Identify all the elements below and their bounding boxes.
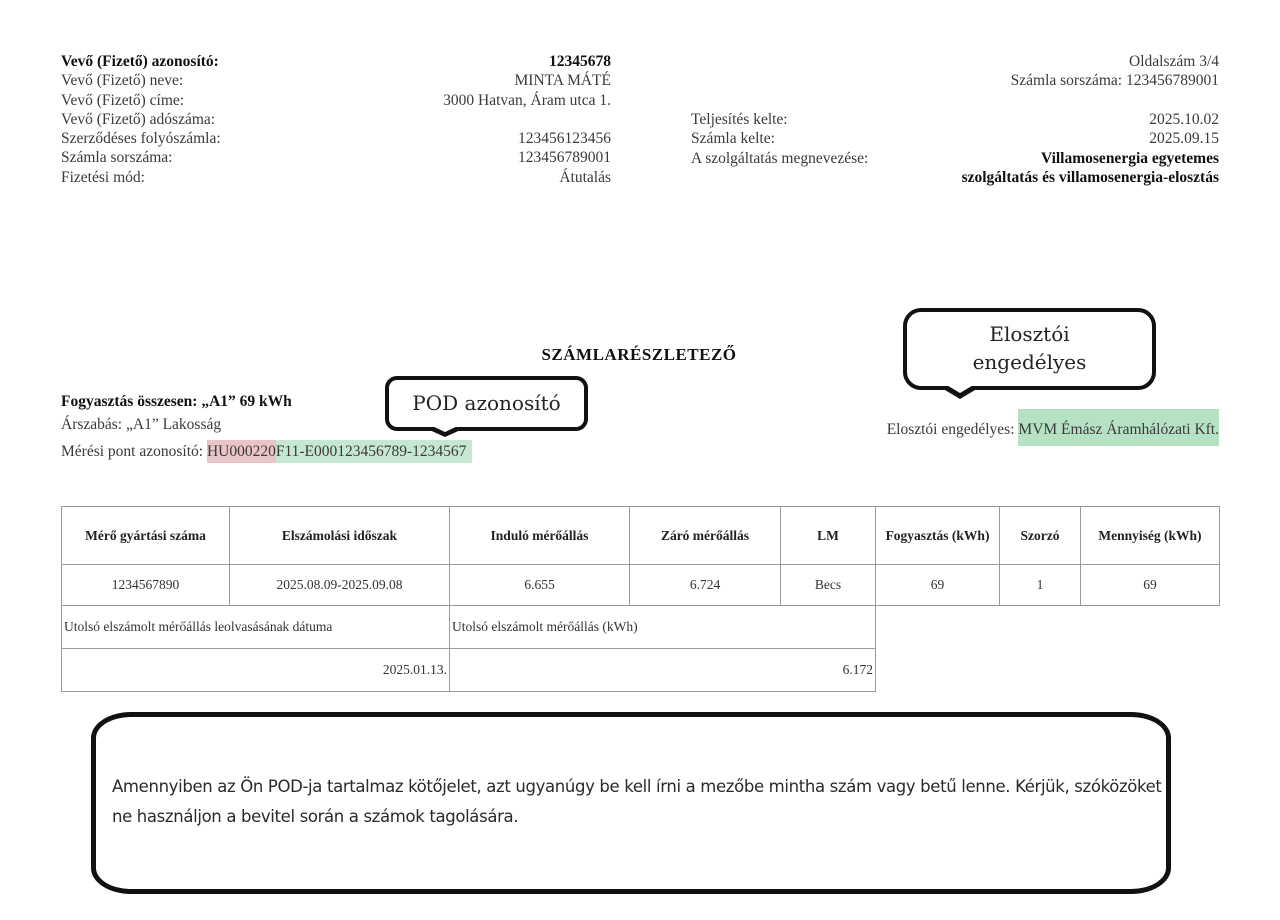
cell-meter-serial: 1234567890 — [62, 565, 230, 606]
dso-callout-tail-inner — [945, 384, 975, 393]
last-reading-date-value: 2025.01.13. — [62, 649, 450, 692]
pod-rest-highlight: F11-E000123456789-1234567 — [276, 440, 473, 463]
col-meter-serial: Mérő gyártási száma — [62, 507, 230, 565]
col-consumption: Fogyasztás (kWh) — [876, 507, 1000, 565]
col-lm: LM — [781, 507, 876, 565]
pod-callout-text: POD azonosító — [412, 391, 560, 415]
fulfillment-date-row: Teljesítés kelte: 2025.10.02 — [691, 110, 1219, 129]
invoice-date-row: Számla kelte: 2025.09.15 — [691, 129, 1219, 148]
dso-label: Elosztói engedélyes: — [887, 421, 1019, 438]
section-title-text: SZÁMLARÉSZLETEZŐ — [541, 345, 736, 364]
cell-billing-period: 2025.08.09-2025.09.08 — [230, 565, 450, 606]
page-invoice-number: Számla sorszáma: 123456789001 — [1011, 71, 1219, 90]
last-reading-date-label: Utolsó elszámolt mérőállás leolvasásának… — [62, 606, 450, 649]
service-name-line2: szolgáltatás és villamosenergia-elosztás — [962, 169, 1219, 186]
service-name-row: A szolgáltatás megnevezése: Villamosener… — [691, 149, 1219, 168]
meter-table-header: Mérő gyártási száma Elszámolási időszak … — [62, 507, 1220, 565]
consumption-total: Fogyasztás összesen: „A1” 69 kWh — [61, 393, 292, 411]
fulfillment-date-value: 2025.10.02 — [1149, 110, 1219, 129]
customer-address-label: Vevő (Fizető) címe: — [61, 91, 184, 110]
contract-account-value: 123456123456 — [518, 129, 611, 148]
cell-start-reading: 6.655 — [450, 565, 630, 606]
last-reading-table: Utolsó elszámolt mérőállás leolvasásának… — [61, 605, 876, 692]
last-reading-header: Utolsó elszámolt mérőállás leolvasásának… — [62, 606, 876, 649]
cell-multiplier: 1 — [1000, 565, 1081, 606]
payment-method-label: Fizetési mód: — [61, 168, 145, 187]
dso-line: Elosztói engedélyes: MVM Émász Áramhálóz… — [887, 418, 1219, 442]
col-start-reading: Induló mérőállás — [450, 507, 630, 565]
pod-callout-tail-inner — [430, 425, 460, 432]
customer-name-label: Vevő (Fizető) neve: — [61, 71, 183, 90]
customer-name-value: MINTA MÁTÉ — [515, 71, 612, 90]
payment-method-row: Fizetési mód: Átutalás — [61, 168, 611, 187]
customer-address-value: 3000 Hatvan, Áram utca 1. — [443, 91, 611, 110]
service-name-label: A szolgáltatás megnevezése: — [691, 149, 868, 168]
service-name-line1: Villamosenergia egyetemes — [1041, 150, 1219, 167]
service-name-value: Villamosenergia egyetemes — [1041, 149, 1219, 168]
invoice-number-value: 123456789001 — [518, 148, 611, 167]
meter-table: Mérő gyártási száma Elszámolási időszak … — [61, 506, 1220, 606]
col-multiplier: Szorzó — [1000, 507, 1081, 565]
cell-consumption: 69 — [876, 565, 1000, 606]
fulfillment-date-label: Teljesítés kelte: — [691, 110, 788, 129]
invoice-number-label: Számla sorszáma: — [61, 148, 172, 167]
page-info: Oldalszám 3/4 Számla sorszáma: 123456789… — [1011, 52, 1219, 91]
customer-id-value: 12345678 — [549, 52, 611, 71]
last-reading-values: 2025.01.13. 6.172 — [62, 649, 876, 692]
contract-account-label: Szerződéses folyószámla: — [61, 129, 221, 148]
note-text: Amennyiben az Ön POD-ja tartalmaz kötője… — [112, 772, 1172, 832]
customer-name-row: Vevő (Fizető) neve: MINTA MÁTÉ — [61, 71, 611, 90]
customer-taxid-row: Vevő (Fizető) adószáma: — [61, 110, 611, 129]
last-reading-value-label: Utolsó elszámolt mérőállás (kWh) — [450, 606, 876, 649]
table-row: 1234567890 2025.08.09-2025.09.08 6.655 6… — [62, 565, 1220, 606]
pod-line: Mérési pont azonosító: HU000220F11-E0001… — [61, 440, 472, 464]
cell-end-reading: 6.724 — [630, 565, 781, 606]
customer-id-label: Vevő (Fizető) azonosító: — [61, 52, 219, 71]
col-billing-period: Elszámolási időszak — [230, 507, 450, 565]
service-name-continuation: szolgáltatás és villamosenergia-elosztás — [691, 168, 1219, 187]
page-number: Oldalszám 3/4 — [1011, 52, 1219, 71]
dso-callout-line1: Elosztói — [907, 320, 1152, 348]
payment-method-value: Átutalás — [559, 168, 611, 187]
invoice-date-value: 2025.09.15 — [1149, 129, 1219, 148]
invoice-number-row: Számla sorszáma: 123456789001 — [61, 148, 611, 167]
cell-quantity: 69 — [1081, 565, 1220, 606]
customer-address-row: Vevő (Fizető) címe: 3000 Hatvan, Áram ut… — [61, 91, 611, 110]
dso-callout-line2: engedélyes — [907, 348, 1152, 376]
col-end-reading: Záró mérőállás — [630, 507, 781, 565]
customer-info: Vevő (Fizető) azonosító: 12345678 Vevő (… — [61, 52, 611, 187]
pod-callout: POD azonosító — [385, 376, 588, 431]
dso-callout: Elosztói engedélyes — [903, 308, 1156, 390]
dso-value-highlight: MVM Émász Áramhálózati Kft. — [1018, 409, 1219, 446]
invoice-info: Teljesítés kelte: 2025.10.02 Számla kelt… — [691, 110, 1219, 187]
customer-taxid-label: Vevő (Fizető) adószáma: — [61, 110, 215, 129]
pod-prefix-highlight: HU000220 — [207, 440, 276, 463]
last-reading-value: 6.172 — [450, 649, 876, 692]
customer-id-row: Vevő (Fizető) azonosító: 12345678 — [61, 52, 611, 71]
contract-account-row: Szerződéses folyószámla: 123456123456 — [61, 129, 611, 148]
col-quantity: Mennyiség (kWh) — [1081, 507, 1220, 565]
pod-label: Mérési pont azonosító: — [61, 443, 207, 460]
cell-lm: Becs — [781, 565, 876, 606]
invoice-date-label: Számla kelte: — [691, 129, 775, 148]
tariff: Árszabás: „A1” Lakosság — [61, 416, 221, 434]
